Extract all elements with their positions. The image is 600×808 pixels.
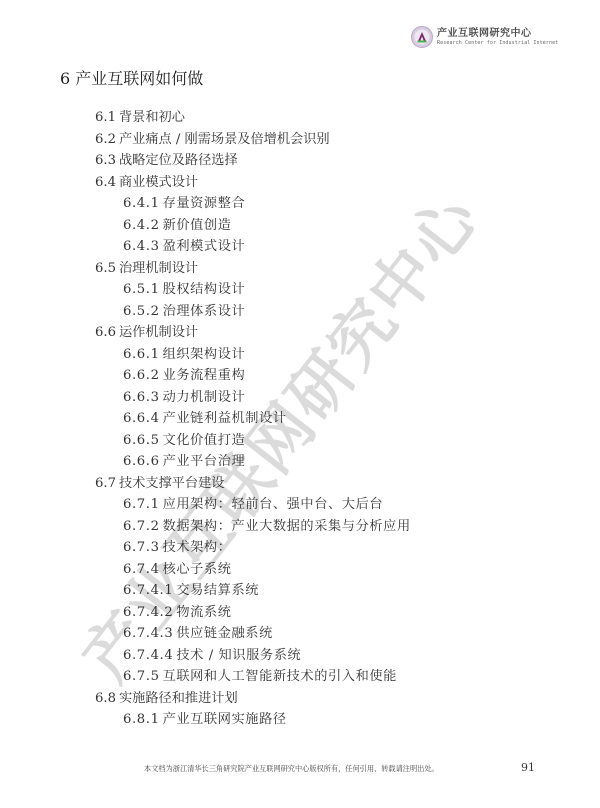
- logo-name-cn: 产业互联网研究中心: [437, 29, 558, 39]
- table-of-contents: 6.1背景和初心 6.2产业痛点 / 刚需场景及倍增机会识别 6.3战略定位及路…: [95, 107, 411, 731]
- toc-item: 6.7.3技术架构：: [95, 537, 411, 559]
- page-number: 91: [521, 761, 535, 774]
- toc-item: 6.5治理机制设计: [95, 258, 411, 280]
- toc-item: 6.4商业模式设计: [95, 172, 411, 194]
- toc-item: 6.6.4产业链利益机制设计: [95, 408, 411, 430]
- document-page: 产业互联网研究中心 Research Center for Industrial…: [0, 0, 600, 808]
- toc-item: 6.7技术支撑平台建设: [95, 473, 411, 495]
- toc-item: 6.7.4核心子系统: [95, 559, 411, 581]
- toc-item: 6.8.1产业互联网实施路径: [95, 709, 411, 731]
- toc-item: 6.7.4.1交易结算系统: [95, 580, 411, 602]
- toc-item: 6.1背景和初心: [95, 107, 411, 129]
- header-logo: 产业互联网研究中心 Research Center for Industrial…: [411, 26, 558, 48]
- toc-item: 6.6.3动力机制设计: [95, 387, 411, 409]
- toc-item: 6.5.1股权结构设计: [95, 279, 411, 301]
- toc-item: 6.8实施路径和推进计划: [95, 688, 411, 710]
- copyright-note: 本文档为浙江清华长三角研究院产业互联网研究中心版权所有，任何引用、转载请注明出处…: [144, 764, 439, 774]
- toc-item: 6.5.2治理体系设计: [95, 301, 411, 323]
- chapter-title: 6 产业互联网如何做: [60, 66, 203, 89]
- toc-item: 6.7.4.2物流系统: [95, 602, 411, 624]
- toc-item: 6.6.5文化价值打造: [95, 430, 411, 452]
- toc-item: 6.6.6产业平台治理: [95, 451, 411, 473]
- toc-item: 6.7.4.4技术 / 知识服务系统: [95, 645, 411, 667]
- toc-item: 6.3战略定位及路径选择: [95, 150, 411, 172]
- toc-item: 6.6运作机制设计: [95, 322, 411, 344]
- toc-item: 6.7.2数据架构：产业大数据的采集与分析应用: [95, 516, 411, 538]
- toc-item: 6.4.3盈利模式设计: [95, 236, 411, 258]
- toc-item: 6.7.5互联网和人工智能新技术的引入和使能: [95, 666, 411, 688]
- toc-item: 6.6.1组织架构设计: [95, 344, 411, 366]
- logo-name-en: Research Center for Industrial Internet: [437, 41, 558, 46]
- toc-item: 6.2产业痛点 / 刚需场景及倍增机会识别: [95, 129, 411, 151]
- toc-item: 6.7.4.3供应链金融系统: [95, 623, 411, 645]
- research-center-emblem-icon: [411, 26, 433, 48]
- toc-item: 6.4.2新价值创造: [95, 215, 411, 237]
- toc-item: 6.4.1存量资源整合: [95, 193, 411, 215]
- toc-item: 6.6.2业务流程重构: [95, 365, 411, 387]
- toc-item: 6.7.1应用架构：轻前台、强中台、大后台: [95, 494, 411, 516]
